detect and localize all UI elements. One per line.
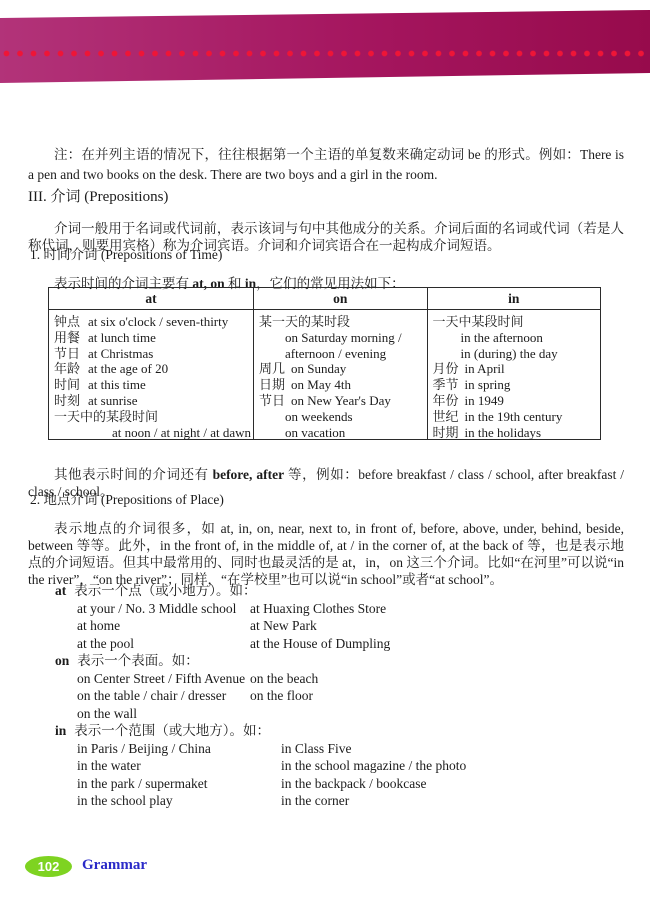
table-line-text: at six o'clock / seven-thirty (88, 314, 228, 329)
table-column-header: on (254, 288, 427, 310)
example-cell: on the wall (77, 705, 250, 723)
table-line: 一天中的某段时间 (54, 409, 251, 425)
place-prepositions-heading: 2. 地点介词 (Prepositions of Place) (30, 488, 224, 508)
table-line-text: at lunch time (88, 330, 156, 345)
table-line-text: on weekends (285, 409, 353, 424)
example-cell: on Center Street / Fifth Avenue (77, 670, 250, 688)
table-line: 时间at this time (54, 377, 251, 393)
example-cell: in the backpack / bookcase (281, 775, 426, 793)
table-line-text: at the age of 20 (88, 361, 168, 376)
example-group-desc: 表示一个范围（或大地方）。如： (74, 723, 270, 738)
table-line-text: in spring (465, 377, 511, 392)
table-line: 钟点at six o'clock / seven-thirty (54, 314, 251, 330)
table-line: in the afternoon (433, 330, 599, 346)
example-row: in Paris / Beijing / Chinain Class Five (28, 740, 624, 758)
table-line-label: 时间 (54, 377, 88, 393)
example-row: at the poolat the House of Dumpling (28, 635, 624, 653)
table-line-text: on Saturday morning / (285, 330, 402, 345)
example-cell: on the floor (250, 687, 313, 705)
table-line-label: 时刻 (54, 393, 88, 409)
table-line-label: 节日 (259, 393, 285, 409)
example-group-at: at表示一个点（或小地方）。如：at your / No. 3 Middle s… (28, 582, 624, 652)
table-line-text: on Sunday (291, 361, 346, 376)
table-column-body: 某一天的某时段on Saturday morning /afternoon / … (254, 310, 427, 443)
example-cell: in the school magazine / the photo (281, 757, 466, 775)
section-heading: III. 介词 (Prepositions) (28, 185, 168, 206)
table-line-text: 一天中的某段时间 (54, 409, 158, 424)
table-line-text: at Christmas (88, 346, 153, 361)
example-cell: in Class Five (281, 740, 352, 758)
place-example-groups: at表示一个点（或小地方）。如：at your / No. 3 Middle s… (28, 582, 624, 810)
example-cell: in the corner (281, 792, 349, 810)
table-column-in: in一天中某段时间in the afternoonin (during) the… (427, 288, 601, 439)
example-group-heading: in表示一个范围（或大地方）。如： (28, 722, 624, 740)
example-cell: at the House of Dumpling (250, 635, 390, 653)
table-line: 年份in 1949 (433, 393, 599, 409)
table-column-body: 钟点at six o'clock / seven-thirty用餐at lunc… (49, 310, 253, 443)
example-group-desc: 表示一个点（或小地方）。如： (74, 583, 256, 598)
example-row: at homeat New Park (28, 617, 624, 635)
table-line-text: in the holidays (465, 425, 542, 440)
table-line: 周几on Sunday (259, 361, 425, 377)
table-line: 世纪in the 19th century (433, 409, 599, 425)
table-line-label: 时期 (433, 425, 459, 441)
example-row: on Center Street / Fifth Avenueon the be… (28, 670, 624, 688)
example-cell: on the beach (250, 670, 318, 688)
table-line-text: at sunrise (88, 393, 137, 408)
example-cell: at home (77, 617, 250, 635)
table-line-text: 一天中某段时间 (433, 314, 524, 329)
example-group-heading: on表示一个表面。如： (28, 652, 624, 670)
header-band (0, 0, 650, 92)
example-cell: at the pool (77, 635, 250, 653)
table-line: on Saturday morning / (259, 330, 425, 346)
example-cell: at your / No. 3 Middle school (77, 600, 250, 618)
table-line-label: 年龄 (54, 361, 88, 377)
footer-grammar-label: Grammar (82, 857, 147, 874)
example-row: in the waterin the school magazine / the… (28, 757, 624, 775)
table-line: 一天中某段时间 (433, 314, 599, 330)
example-row: on the wall (28, 705, 624, 723)
place-intro-paragraph: 表示地点的介词很多，如 at, in, on, near, next to, i… (28, 520, 624, 589)
table-line: 季节in spring (433, 377, 599, 393)
table-line: afternoon / evening (259, 346, 425, 362)
table-line: on vacation (259, 425, 425, 441)
example-group-word: at (55, 583, 66, 598)
table-line-text: at this time (88, 377, 146, 392)
table-line-text: at noon / at night / at dawn (112, 425, 251, 440)
example-row: at your / No. 3 Middle schoolat Huaxing … (28, 600, 624, 618)
table-line-label: 用餐 (54, 330, 88, 346)
table-line: 月份in April (433, 361, 599, 377)
table-line-text: in the 19th century (465, 409, 563, 424)
time-prepositions-table: at钟点at six o'clock / seven-thirty用餐at lu… (48, 287, 601, 440)
table-line: 节日on New Year's Day (259, 393, 425, 409)
table-column-header: in (428, 288, 601, 310)
example-cell: on the table / chair / dresser (77, 687, 250, 705)
table-line-text: on New Year's Day (291, 393, 391, 408)
table-line-text: 某一天的某时段 (259, 314, 350, 329)
table-column-on: on某一天的某时段on Saturday morning /afternoon … (253, 288, 427, 439)
example-row: in the park / supermaketin the backpack … (28, 775, 624, 793)
table-column-body: 一天中某段时间in the afternoonin (during) the d… (428, 310, 601, 443)
example-cell: in Paris / Beijing / China (77, 740, 281, 758)
example-row: in the school playin the corner (28, 792, 624, 810)
table-line: in (during) the day (433, 346, 599, 362)
table-line-text: on May 4th (291, 377, 351, 392)
table-line: 日期on May 4th (259, 377, 425, 393)
example-cell: at Huaxing Clothes Store (250, 600, 386, 618)
table-line: on weekends (259, 409, 425, 425)
example-group-on: on表示一个表面。如：on Center Street / Fifth Aven… (28, 652, 624, 722)
example-row: on the table / chair / dresseron the flo… (28, 687, 624, 705)
example-cell: in the water (77, 757, 281, 775)
table-line: 时期in the holidays (433, 425, 599, 441)
example-group-desc: 表示一个表面。如： (77, 653, 199, 668)
table-line-label: 月份 (433, 361, 459, 377)
table-line-label: 节日 (54, 346, 88, 362)
example-group-in: in表示一个范围（或大地方）。如：in Paris / Beijing / Ch… (28, 722, 624, 810)
page-number-badge: 102 (25, 856, 72, 877)
example-group-word: in (55, 723, 66, 738)
example-group-word: on (55, 653, 69, 668)
table-line-label: 日期 (259, 377, 285, 393)
table-column-at: at钟点at six o'clock / seven-thirty用餐at lu… (49, 288, 253, 439)
table-line-label: 季节 (433, 377, 459, 393)
header-band-dots (2, 49, 648, 58)
table-line-label: 世纪 (433, 409, 459, 425)
other-bold-before-after: before, after (213, 467, 285, 482)
table-line: at noon / at night / at dawn (54, 425, 251, 441)
example-cell: in the school play (77, 792, 281, 810)
table-line-label: 年份 (433, 393, 459, 409)
time-prepositions-heading: 1. 时间介词 (Prepositions of Time) (30, 243, 222, 263)
table-line-text: in 1949 (465, 393, 504, 408)
table-line: 节日at Christmas (54, 346, 251, 362)
table-line: 某一天的某时段 (259, 314, 425, 330)
table-line-text: in April (465, 361, 505, 376)
example-cell: in the park / supermaket (77, 775, 281, 793)
table-line-text: in the afternoon (461, 330, 543, 345)
other-pre: 其他表示时间的介词还有 (54, 467, 213, 482)
table-line-label: 周几 (259, 361, 285, 377)
table-line: 年龄at the age of 20 (54, 361, 251, 377)
example-cell: at New Park (250, 617, 317, 635)
table-line-text: in (during) the day (461, 346, 558, 361)
note-paragraph: 注：在并列主语的情况下，往往根据第一个主语的单复数来确定动词 be 的形式。例如… (28, 145, 624, 185)
table-column-header: at (49, 288, 253, 310)
table-line: 时刻at sunrise (54, 393, 251, 409)
table-line: 用餐at lunch time (54, 330, 251, 346)
table-line-text: afternoon / evening (285, 346, 386, 361)
table-line-label: 钟点 (54, 314, 88, 330)
example-group-heading: at表示一个点（或小地方）。如： (28, 582, 624, 600)
table-line-text: on vacation (285, 425, 345, 440)
